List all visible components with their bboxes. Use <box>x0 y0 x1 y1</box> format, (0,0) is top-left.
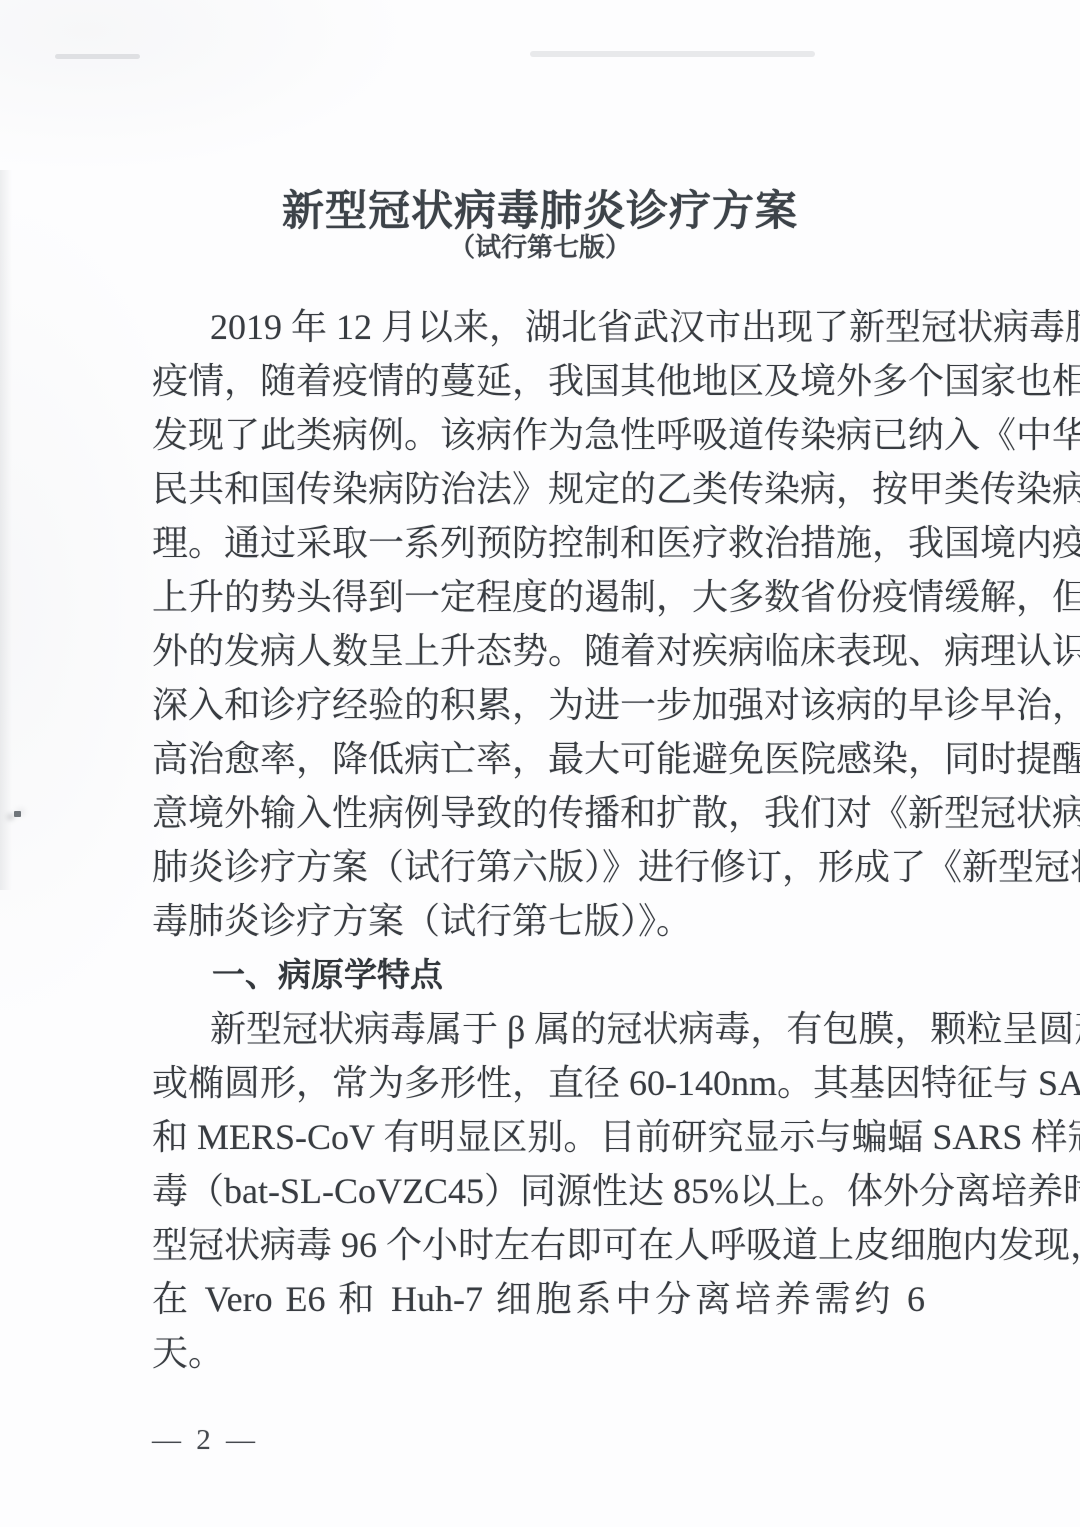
text-line: 在 Vero E6 和 Huh-7 细胞系中分离培养需约 6 天。 <box>152 1272 925 1326</box>
text-line: 肺炎诊疗方案（试行第六版）》进行修订，形成了《新型冠状病 <box>152 840 925 894</box>
text-line: 上升的势头得到一定程度的遏制，大多数省份疫情缓解，但境 <box>152 570 925 624</box>
text-line: 新型冠状病毒属于 β 属的冠状病毒，有包膜，颗粒呈圆形 <box>152 1002 925 1056</box>
text-line: 外的发病人数呈上升态势。随着对疾病临床表现、病理认识的 <box>152 624 925 678</box>
scan-artifact <box>55 54 140 59</box>
text-line: 毒（bat-SL-CoVZC45）同源性达 85%以上。体外分离培养时，新 <box>152 1164 925 1218</box>
page-subtitle: （试行第七版） <box>0 227 1080 264</box>
paragraph: 2019 年 12 月以来，湖北省武汉市出现了新型冠状病毒肺炎疫情，随着疫情的蔓… <box>152 300 925 948</box>
text-line: 2019 年 12 月以来，湖北省武汉市出现了新型冠状病毒肺炎 <box>152 300 925 354</box>
text-line: 发现了此类病例。该病作为急性呼吸道传染病已纳入《中华人 <box>152 408 925 462</box>
scanned-document-page: 新型冠状病毒肺炎诊疗方案 （试行第七版） 2019 年 12 月以来，湖北省武汉… <box>0 0 1080 1527</box>
text-line: 深入和诊疗经验的积累，为进一步加强对该病的早诊早治，提 <box>152 678 925 732</box>
document-body: 2019 年 12 月以来，湖北省武汉市出现了新型冠状病毒肺炎疫情，随着疫情的蔓… <box>152 300 925 1326</box>
text-line: 毒肺炎诊疗方案（试行第七版）》。 <box>152 894 925 948</box>
text-line: 意境外输入性病例导致的传播和扩散，我们对《新型冠状病毒 <box>152 786 925 840</box>
text-line: 高治愈率，降低病亡率，最大可能避免医院感染，同时提醒注 <box>152 732 925 786</box>
text-line: 型冠状病毒 96 个小时左右即可在人呼吸道上皮细胞内发现，而 <box>152 1218 925 1272</box>
text-line: 理。通过采取一系列预防控制和医疗救治措施，我国境内疫情 <box>152 516 925 570</box>
scan-artifact <box>14 811 21 817</box>
paragraph: 新型冠状病毒属于 β 属的冠状病毒，有包膜，颗粒呈圆形或椭圆形，常为多形性，直径… <box>152 1002 925 1326</box>
text-line: 或椭圆形，常为多形性，直径 60-140nm。其基因特征与 SARS-CoV <box>152 1056 925 1110</box>
text-line: 疫情，随着疫情的蔓延，我国其他地区及境外多个国家也相继 <box>152 354 925 408</box>
scan-artifact <box>0 170 12 890</box>
scan-artifact <box>530 51 815 57</box>
text-line: 和 MERS-CoV 有明显区别。目前研究显示与蝙蝠 SARS 样冠状病 <box>152 1110 925 1164</box>
page-number: — 2 — <box>152 1424 259 1457</box>
section-heading: 一、病原学特点 <box>152 948 925 1002</box>
text-line: 民共和国传染病防治法》规定的乙类传染病，按甲类传染病管 <box>152 462 925 516</box>
